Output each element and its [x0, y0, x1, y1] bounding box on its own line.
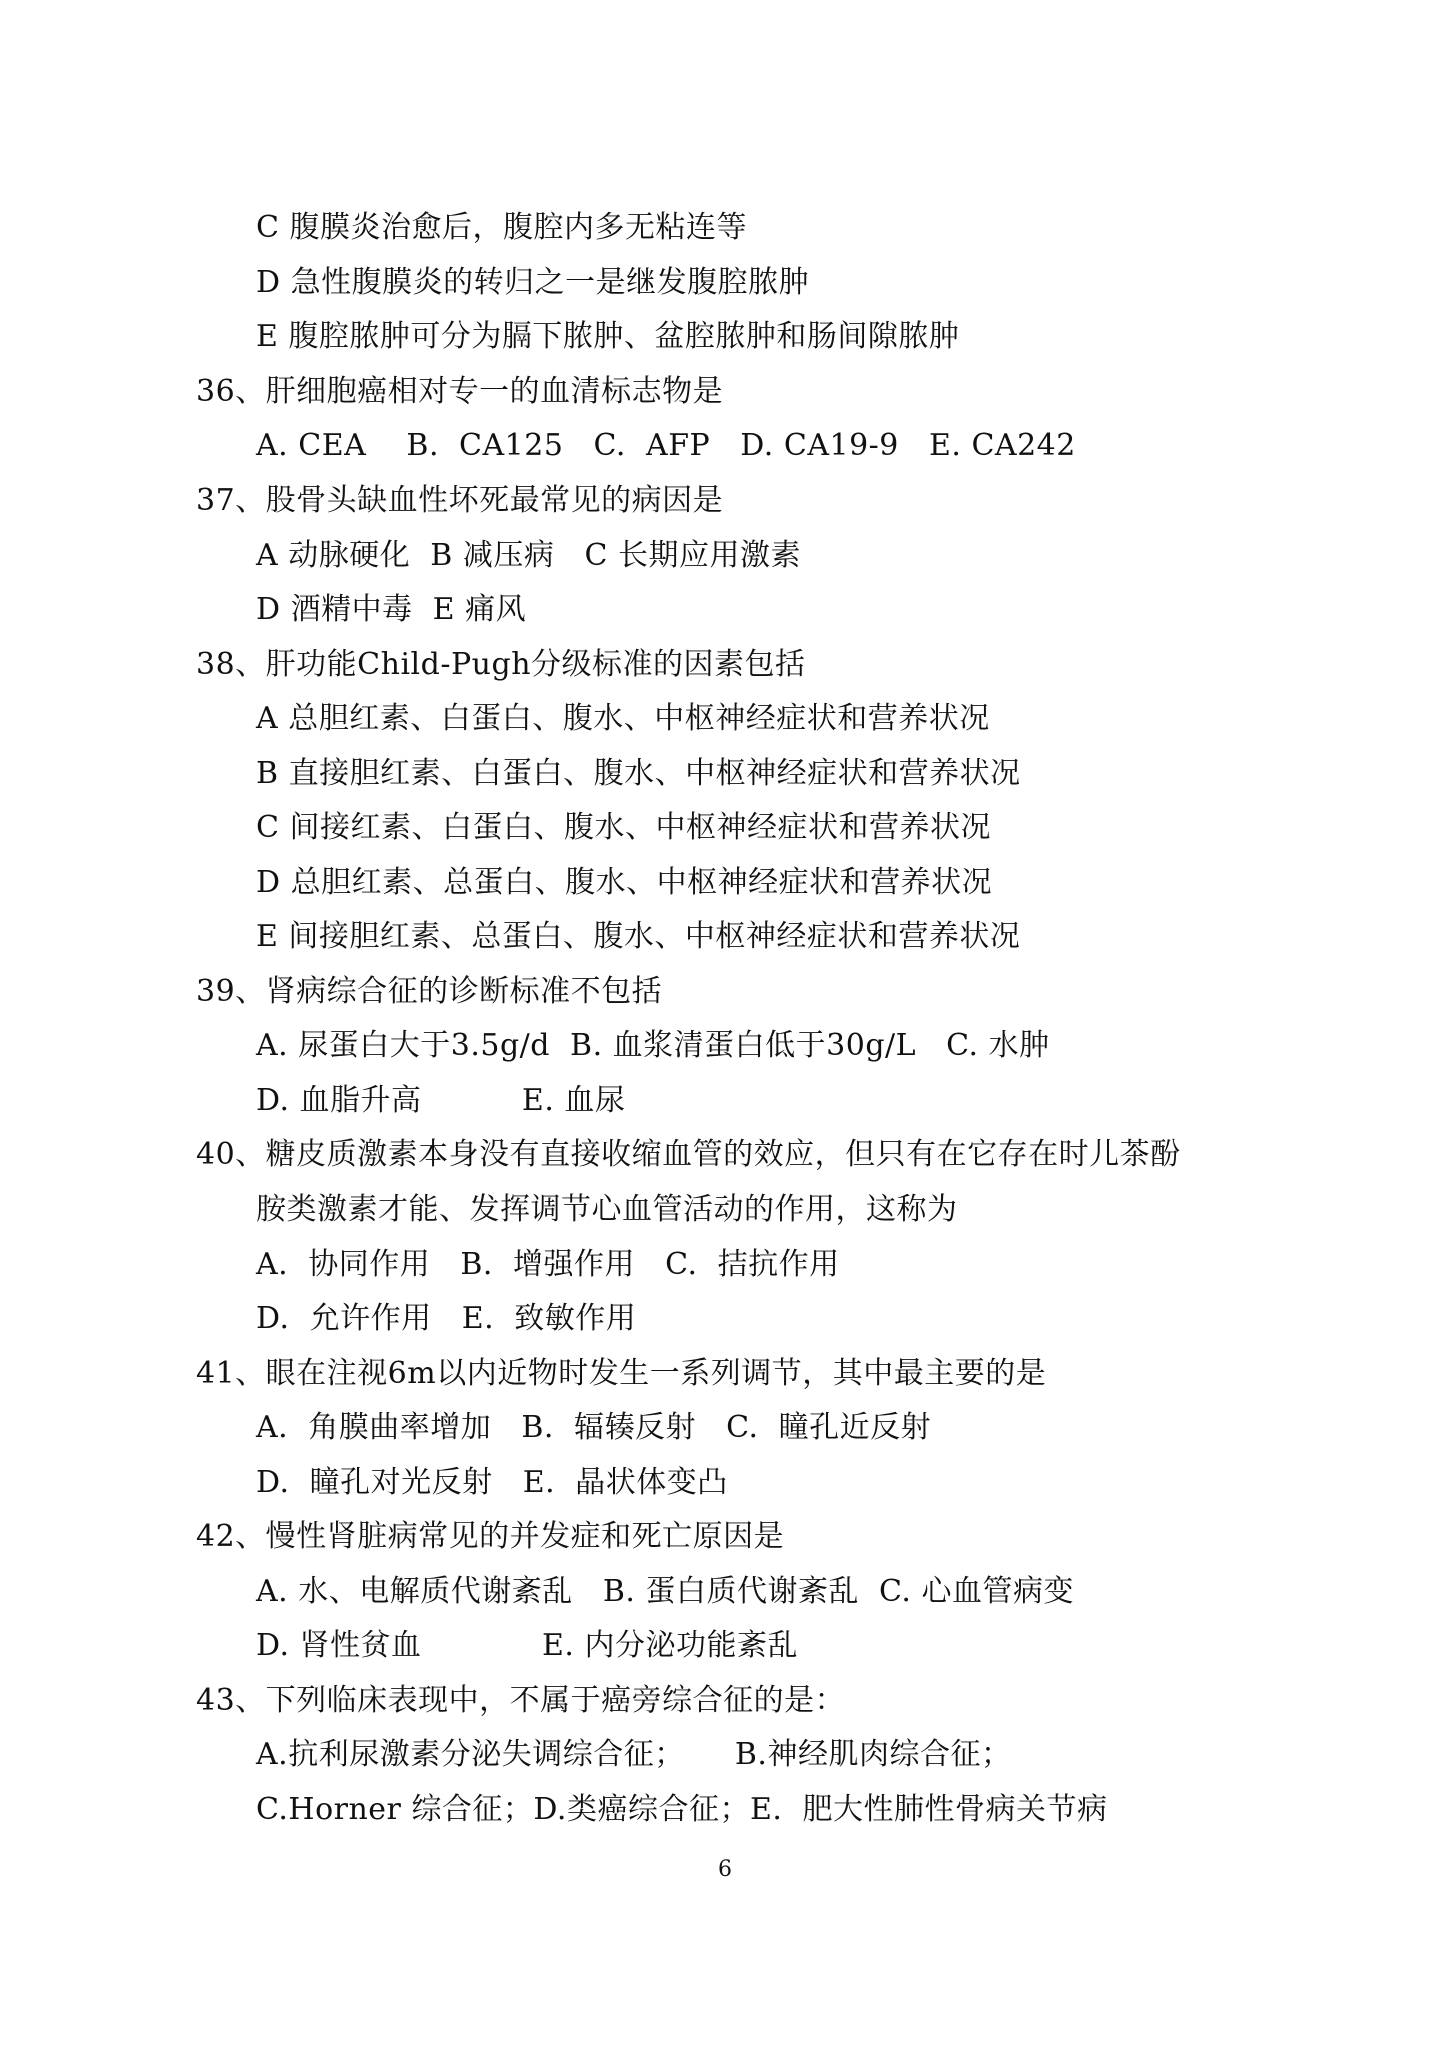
question-40: 40、糖皮质激素本身没有直接收缩血管的效应，但只有在它存在时儿茶酚 [196, 1135, 1181, 1175]
option-line: D 急性腹膜炎的转归之一是继发腹腔脓肿 [256, 263, 809, 303]
option-line: B 直接胆红素、白蛋白、腹水、中枢神经症状和营养状况 [256, 754, 1021, 794]
option-line: C.Horner 综合征；D.类癌综合征；E. 肥大性肺性骨病关节病 [256, 1790, 1107, 1830]
option-line: D 酒精中毒 E 痛风 [256, 590, 526, 630]
document-page: C 腹膜炎治愈后，腹腔内多无粘连等 D 急性腹膜炎的转归之一是继发腹腔脓肿 E … [0, 0, 1450, 2048]
option-line: E 腹腔脓肿可分为膈下脓肿、盆腔脓肿和肠间隙脓肿 [256, 317, 959, 357]
option-line: D. 肾性贫血 E. 内分泌功能紊乱 [256, 1626, 798, 1666]
question-43: 43、下列临床表现中，不属于癌旁综合征的是： [196, 1681, 845, 1721]
option-line: A. 角膜曲率增加 B. 辐辏反射 C. 瞳孔近反射 [256, 1408, 931, 1448]
question-39: 39、肾病综合征的诊断标准不包括 [196, 972, 662, 1012]
option-line: A.抗利尿激素分泌失调综合征； B.神经肌肉综合征； [256, 1735, 1011, 1775]
page-number: 6 [718, 1855, 732, 1885]
question-40-continuation: 胺类激素才能、发挥调节心血管活动的作用，这称为 [256, 1190, 958, 1230]
option-line: C 腹膜炎治愈后，腹腔内多无粘连等 [256, 208, 747, 248]
option-line: C 间接红素、白蛋白、腹水、中枢神经症状和营养状况 [256, 808, 991, 848]
option-line: A. 尿蛋白大于3.5g/d B. 血浆清蛋白低于30g/L C. 水肿 [256, 1026, 1050, 1066]
question-37: 37、股骨头缺血性坏死最常见的病因是 [196, 481, 723, 521]
option-line: E 间接胆红素、总蛋白、腹水、中枢神经症状和营养状况 [256, 917, 1020, 957]
question-38: 38、肝功能Child-Pugh分级标准的因素包括 [196, 645, 806, 685]
option-line: A. 协同作用 B. 增强作用 C. 拮抗作用 [256, 1245, 840, 1285]
option-line: D. 瞳孔对光反射 E. 晶状体变凸 [256, 1463, 728, 1503]
option-line: A 总胆红素、白蛋白、腹水、中枢神经症状和营养状况 [256, 699, 990, 739]
option-line: A. CEA B. CA125 C. AFP D. CA19-9 E. CA24… [256, 426, 1076, 466]
option-line: D. 血脂升高 E. 血尿 [256, 1081, 625, 1121]
option-line: A. 水、电解质代谢紊乱 B. 蛋白质代谢紊乱 C. 心血管病变 [256, 1572, 1074, 1612]
question-36: 36、肝细胞癌相对专一的血清标志物是 [196, 372, 723, 412]
option-line: D. 允许作用 E. 致敏作用 [256, 1299, 636, 1339]
option-line: D 总胆红素、总蛋白、腹水、中枢神经症状和营养状况 [256, 863, 992, 903]
question-42: 42、慢性肾脏病常见的并发症和死亡原因是 [196, 1517, 784, 1557]
option-line: A 动脉硬化 B 减压病 C 长期应用激素 [256, 536, 801, 576]
question-41: 41、眼在注视6m以内近物时发生一系列调节，其中最主要的是 [196, 1354, 1046, 1394]
